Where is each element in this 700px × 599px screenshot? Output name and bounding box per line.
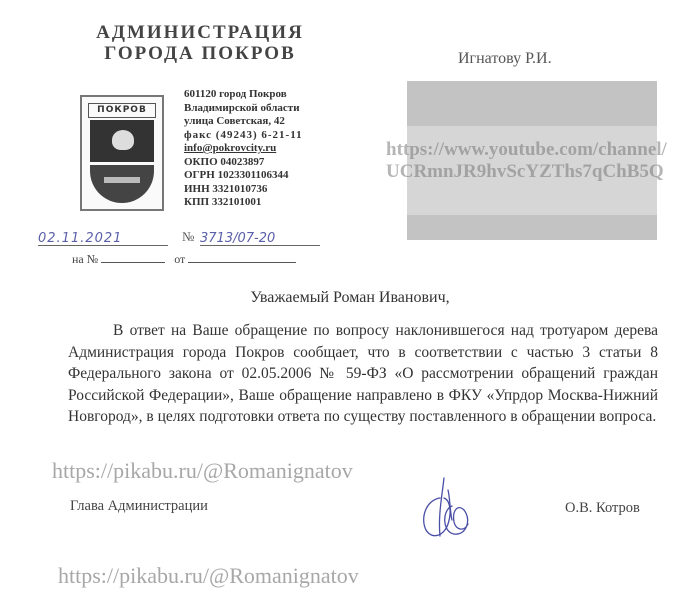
youtube-watermark-line1: https://www.youtube.com/channel/ [386,139,667,161]
pikabu-watermark-top: https://pikabu.ru/@Romanignatov [52,458,353,484]
reference-line: на № от [72,252,296,267]
youtube-watermark: https://www.youtube.com/channel/ UCRmnJR… [386,139,667,183]
address-line2: Владимирской области [184,102,303,116]
address-email: info@pokrovcity.ru [184,142,303,156]
handwritten-signature-icon [418,476,478,542]
reference-number-label: на № [72,252,98,266]
youtube-watermark-line2: UCRmnJR9hvScYZThs7qChB5Q [386,161,667,183]
address-fax: факс (49243) 6-21-11 [184,129,303,143]
letter-body: В ответ на Ваше обращение по вопросу нак… [68,320,658,428]
reference-number-blank [101,262,165,263]
address-kpp: КПП 332101001 [184,196,303,210]
organization-title-line1: АДМИНИСТРАЦИЯ [80,22,320,43]
organization-title: АДМИНИСТРАЦИЯ ГОРОДА ПОКРОВ [80,22,320,64]
signatory-title: Глава Администрации [70,498,208,515]
reference-from-label: от [174,252,185,266]
city-coat-of-arms-icon: ПОКРОВ [80,95,164,211]
emblem-shield-top [90,120,154,162]
reference-date-blank [188,262,296,263]
signatory-name: О.В. Котров [565,500,640,517]
organization-address: 601120 город Покров Владимирской области… [184,88,303,210]
address-okpo: ОКПО 04023897 [184,156,303,170]
outgoing-number-label: № [182,229,194,245]
emblem-banner: ПОКРОВ [88,103,156,118]
address-inn: ИНН 3321010736 [184,183,303,197]
organization-title-line2: ГОРОДА ПОКРОВ [80,43,320,64]
letter-greeting: Уважаемый Роман Иванович, [0,289,700,307]
address-ogrn: ОГРН 1023301106344 [184,169,303,183]
outgoing-date: 02.11.2021 [38,231,168,246]
address-line3: улица Советская, 42 [184,115,303,129]
outgoing-number: 3713/07-20 [200,231,320,246]
address-line1: 601120 город Покров [184,88,303,102]
emblem-shield-bottom [90,165,154,203]
recipient-name: Игнатову Р.И. [458,50,552,68]
pikabu-watermark-bottom: https://pikabu.ru/@Romanignatov [58,563,359,589]
